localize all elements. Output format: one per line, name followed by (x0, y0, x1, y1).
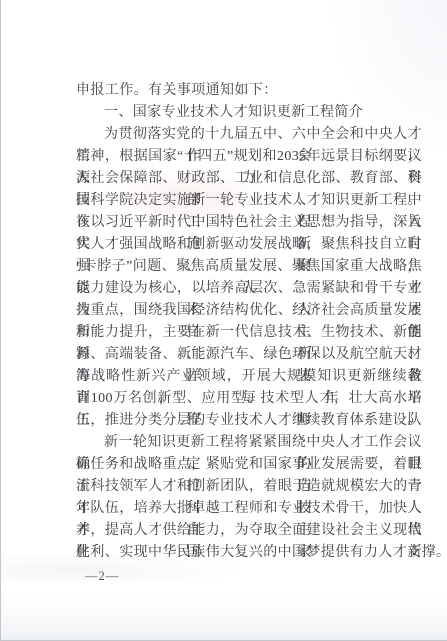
text-line: 胜利、实现中华民族伟大复兴的中国梦提供有力人才支撑。 (76, 542, 422, 564)
text-line: 能力建设为核心，以培养高层次、急需紧缺和骨干专业技术人才 (76, 278, 422, 300)
text-line: 国科学院决定实施新一轮专业技术人才知识更新工程。该工程旨 (76, 190, 422, 212)
text-line: 伍，推进分类分层的专业技术人才继续教育体系建设。 (76, 410, 422, 432)
text-line: 代人才强国战略和创新驱动发展战略，聚焦科技自立自强、聚焦 (76, 234, 422, 256)
page-number: —2— (85, 569, 119, 584)
text-line: 流科技领军人才和创新团队，着眼于造就规模宏大的青年科技人 (76, 476, 422, 498)
text-line: 申报工作。有关事项通知如下： (76, 80, 422, 102)
text-line: 精神，根据国家“十四五”规划和2035年远景目标纲要，人力资 (76, 146, 422, 168)
text-line: 新一轮知识更新工程将紧紧围绕中央人才工作会议确定的目 (76, 432, 422, 454)
section-heading: 一、国家专业技术人才知识更新工程简介 (76, 102, 422, 124)
text-line: 才队伍，培养大批卓越工程师和专业技术骨干，加快人才自主培 (76, 498, 422, 520)
text-line: 等战略性新兴产业领域，开展大规模知识更新继续教育，每年培 (76, 366, 422, 388)
text-line: 料、高端装备、新能源汽车、绿色环保以及航空航天、海洋装备 (76, 344, 422, 366)
text-line: 新能力提升，主要在新一代信息技术、生物技术、新能源、新材 (76, 322, 422, 344)
text-line: 养，提高人才供给能力，为夺取全面建设社会主义现代化国家新 (76, 520, 422, 542)
text-line: “卡脖子”问题、聚焦高质量发展、聚焦国家重大战略，以人才 (76, 256, 422, 278)
document-body: 申报工作。有关事项通知如下： 一、国家专业技术人才知识更新工程简介 为贯彻落实党… (76, 80, 422, 564)
text-line: 为重点，围绕我国经济结构优化、经济社会高质量发展和自主创 (76, 300, 422, 322)
text-line: 标任务和战略重点，紧贴党和国家事业发展需要，着眼于打造一 (76, 454, 422, 476)
scan-artifact-bottom (1, 595, 447, 641)
text-line: 在以习近平新时代中国特色社会主义思想为指导，深入实施新时 (76, 212, 422, 234)
text-line: 为贯彻落实党的十九届五中、六中全会和中央人才工作会议 (76, 124, 422, 146)
text-line: 源社会保障部、财政部、工业和信息化部、教育部、科技部、中 (76, 168, 422, 190)
document-page: 申报工作。有关事项通知如下： 一、国家专业技术人才知识更新工程简介 为贯彻落实党… (0, 0, 447, 641)
text-line: 训100万名创新型、应用型、技术型人才，壮大高水平工程师队 (76, 388, 422, 410)
